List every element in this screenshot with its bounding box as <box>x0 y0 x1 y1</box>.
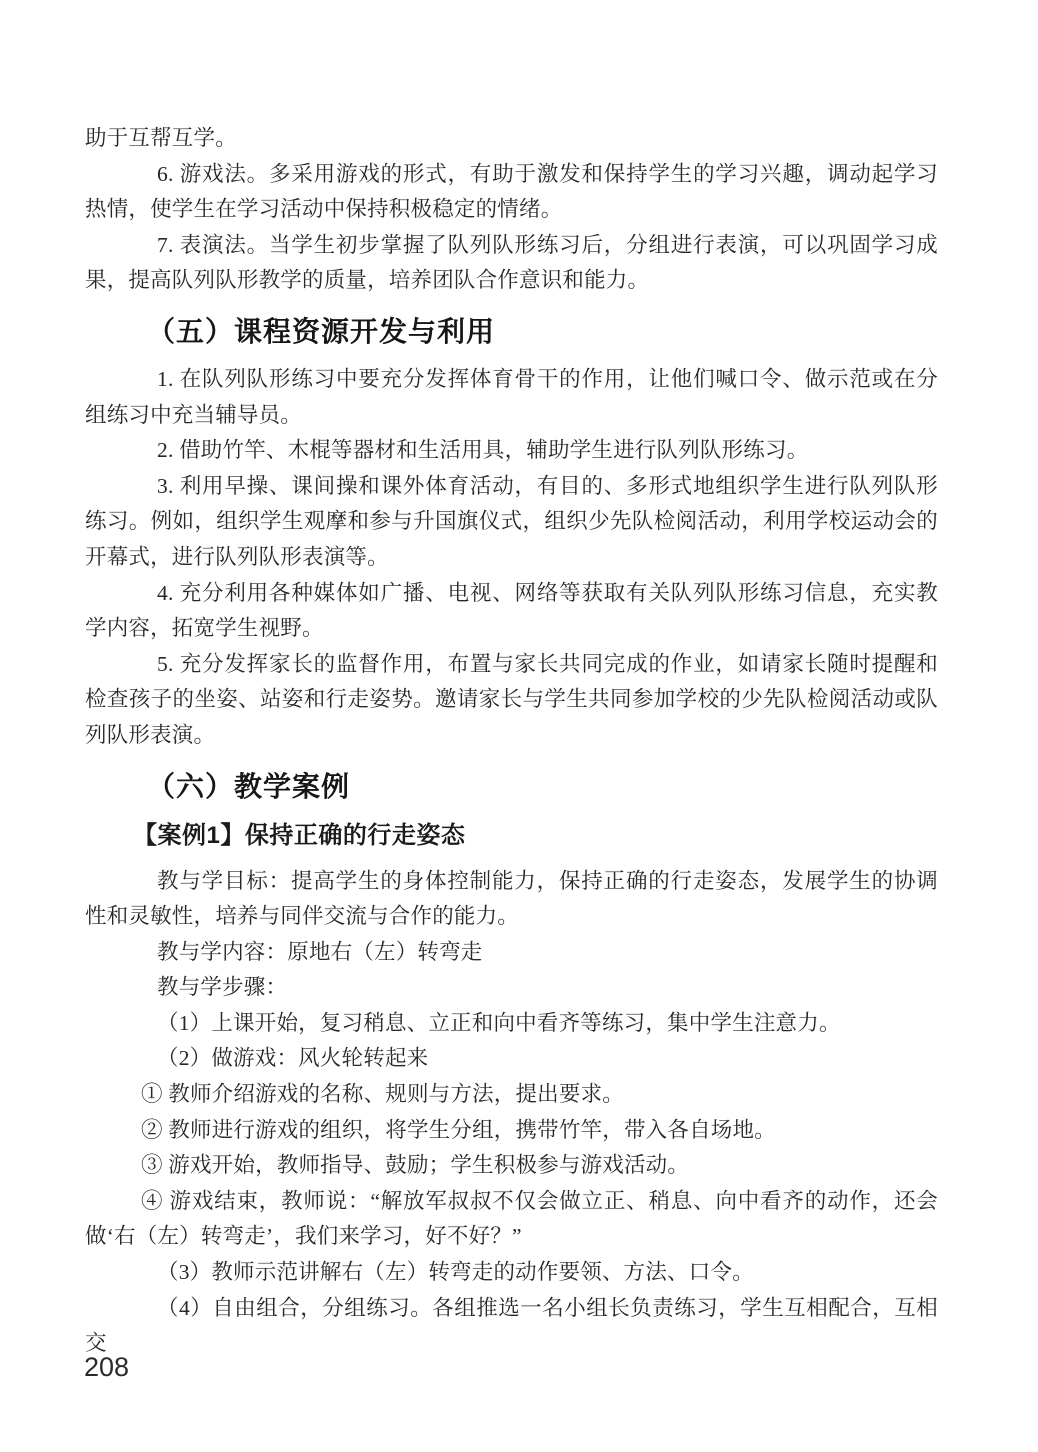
section-heading-6: （六）教学案例 <box>85 769 938 806</box>
section-heading-5: （五）课程资源开发与利用 <box>85 314 938 351</box>
body-paragraph-resource-4: 4. 充分利用各种媒体如广播、电视、网络等获取有关队列队形练习信息，充实教学内容… <box>85 576 938 647</box>
body-paragraph-steps-label: 教与学步骤： <box>85 970 938 1006</box>
body-paragraph-method-7: 7. 表演法。当学生初步掌握了队列队形练习后，分组进行表演，可以巩固学习成果，提… <box>85 228 938 299</box>
body-paragraph-resource-5: 5. 充分发挥家长的监督作用，布置与家长共同完成的作业，如请家长随时提醒和检查孩… <box>85 647 938 754</box>
document-page: 助于互帮互学。 6. 游戏法。多采用游戏的形式，有助于激发和保持学生的学习兴趣，… <box>0 0 1038 1452</box>
body-paragraph-content: 教与学内容：原地右（左）转弯走 <box>85 935 938 971</box>
case-title: 【案例1】保持正确的行走姿态 <box>85 818 938 854</box>
numbered-step-4: （4）自由组合，分组练习。各组推选一名小组长负责练习，学生互相配合，互相交 <box>85 1291 938 1362</box>
body-paragraph-method-6: 6. 游戏法。多采用游戏的形式，有助于激发和保持学生的学习兴趣，调动起学习热情，… <box>85 157 938 228</box>
page-number: 208 <box>84 1352 129 1382</box>
body-paragraph-resource-2: 2. 借助竹竿、木棍等器材和生活用具，辅助学生进行队列队形练习。 <box>85 433 938 469</box>
circled-step-2: ② 教师进行游戏的组织，将学生分组，携带竹竿，带入各自场地。 <box>85 1113 938 1149</box>
numbered-step-2: （2）做游戏：风火轮转起来 <box>85 1041 938 1077</box>
body-paragraph-resource-3: 3. 利用早操、课间操和课外体育活动，有目的、多形式地组织学生进行队列队形练习。… <box>85 469 938 576</box>
numbered-step-3: （3）教师示范讲解右（左）转弯走的动作要领、方法、口令。 <box>85 1255 938 1291</box>
body-paragraph-resource-1: 1. 在队列队形练习中要充分发挥体育骨干的作用，让他们喊口令、做示范或在分组练习… <box>85 362 938 433</box>
circled-step-3: ③ 游戏开始，教师指导、鼓励；学生积极参与游戏活动。 <box>85 1148 938 1184</box>
circled-step-4: ④ 游戏结束，教师说：“解放军叔叔不仅会做立正、稍息、向中看齐的动作，还会做‘右… <box>85 1184 938 1255</box>
page-body-text: 助于互帮互学。 6. 游戏法。多采用游戏的形式，有助于激发和保持学生的学习兴趣，… <box>85 121 938 1362</box>
body-paragraph-goals: 教与学目标：提高学生的身体控制能力，保持正确的行走姿态，发展学生的协调性和灵敏性… <box>85 864 938 935</box>
body-paragraph-continued: 助于互帮互学。 <box>85 121 938 157</box>
circled-step-1: ① 教师介绍游戏的名称、规则与方法，提出要求。 <box>85 1077 938 1113</box>
numbered-step-1: （1）上课开始，复习稍息、立正和向中看齐等练习，集中学生注意力。 <box>85 1006 938 1042</box>
